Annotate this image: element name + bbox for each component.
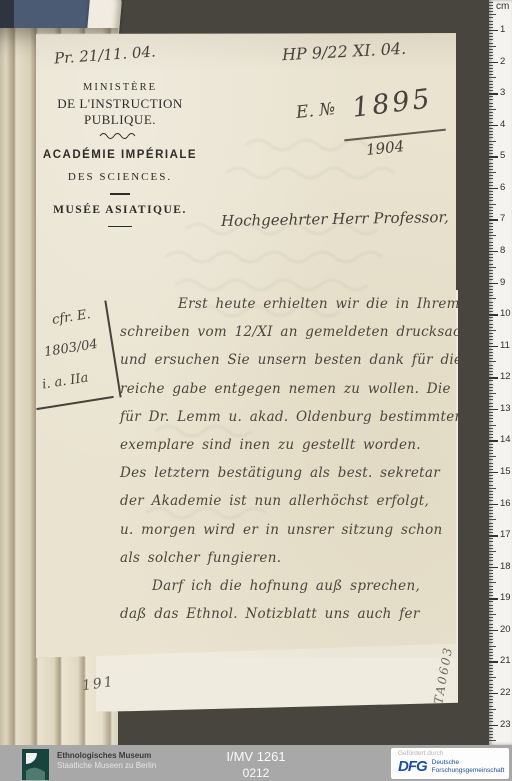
reference-block: I/MV 1261 0212 [196,749,316,780]
body-line: u. morgen wird er in unsrer sitzung scho… [120,522,450,550]
body-line: für Dr. Lemm u. akad. Oldenburg bestimmt… [120,409,450,437]
letterhead-rule [110,193,130,195]
body-line: schreiben vom 12/XI an gemeldeten drucks… [120,324,450,352]
ruler-unit-label: cm [496,1,509,12]
letterhead-instruction-publique: DE L'INSTRUCTION PUBLIQUE. [36,96,204,128]
ruler-scale: cm 1234567891011121314151617181920212223 [489,0,512,745]
museum-name: Ethnologisches Museum [57,751,156,761]
registry-number-prefix: E. № [295,99,336,123]
museum-subtitle: Staatliche Museen zu Berlin [57,761,156,771]
funding-label: Gefördert durch [398,750,509,757]
funding-org-line: Forschungsgemeinschaft [432,767,505,775]
body-line: Erst heute erhielten wir die in Ihrem ge… [120,296,450,324]
reference-number: I/MV 1261 [196,749,316,764]
book-spine-shadow [0,0,14,30]
museum-identity: Ethnologisches Museum Staatliche Museen … [57,751,156,771]
letterhead-des-sciences: DES SCIENCES. [36,171,204,183]
scan-page-number: 0212 [196,766,316,780]
funding-org-name: Deutsche Forschungsgemeinschaft [432,759,505,774]
letterhead-ministere: MINISTÈRE [36,82,204,93]
body-line: der Akademie ist nun allerhöchst erfolgt… [120,493,450,521]
funding-credit: Gefördert durch DFG Deutsche Forschungsg… [391,748,509,779]
footer-bar: Ethnologisches Museum Staatliche Museen … [0,745,512,781]
letterhead-academie-imperiale: ACADÉMIE IMPÉRIALE [36,149,204,161]
body-line: Darf ich die hofnung auß sprechen, [120,578,450,606]
letterhead-rule [108,226,132,228]
letterhead-squiggle-rule [99,132,141,139]
body-line: reiche gabe entgegen nemen zu wollen. Di… [120,381,450,409]
body-line: Des letztern bestätigung als best. sekre… [120,465,450,493]
body-line: exemplare sind inen zu gestellt worden. [120,437,450,465]
body-line: und ersuchen Sie unsern besten dank für … [120,352,450,380]
dfg-logo: DFG [398,758,427,775]
letterhead: MINISTÈRE DE L'INSTRUCTION PUBLIQUE. ACA… [36,78,204,227]
body-line: daß das Ethnol. Notizblatt uns auch fer [120,606,450,634]
body-line: als solcher fungieren. [120,550,450,578]
museum-logo-icon [22,749,49,780]
funding-org-line: Deutsche [432,759,505,767]
letter-body: Erst heute erhielten wir die in Ihrem ge… [120,296,450,634]
letterhead-musee-asiatique: MUSÉE ASIATIQUE. [36,204,204,216]
